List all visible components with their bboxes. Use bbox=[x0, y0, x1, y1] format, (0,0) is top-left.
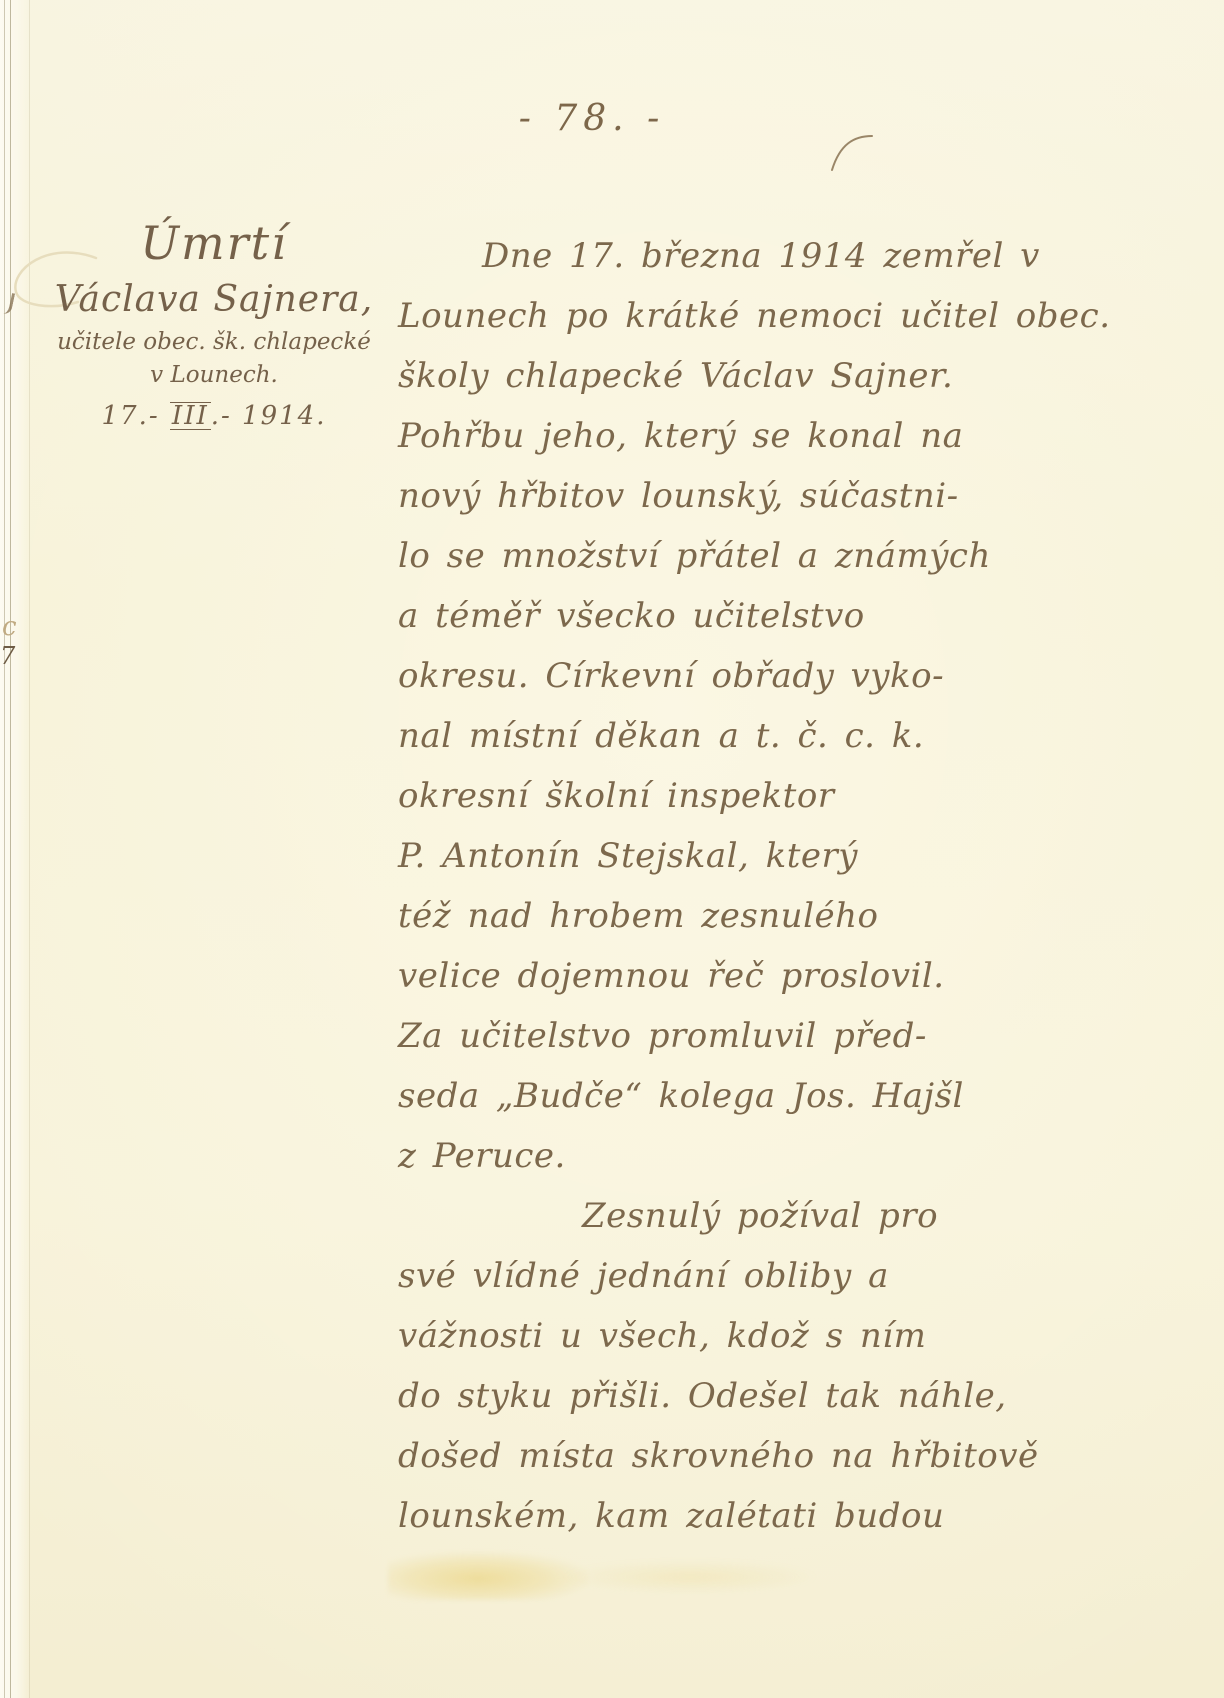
manuscript-line: vážnosti u všech, kdož s ním bbox=[398, 1306, 1114, 1366]
manuscript-line: Lounech po krátké nemoci učitel obec. bbox=[398, 286, 1114, 346]
manuscript-line: Dne 17. března 1914 zemřel v bbox=[398, 226, 1114, 286]
page-edge-line bbox=[4, 0, 5, 1698]
manuscript-line: školy chlapecké Václav Sajner. bbox=[398, 346, 1114, 406]
manuscript-line: seda „Budče“ kolega Jos. Hajšl bbox=[398, 1066, 1114, 1126]
stray-pen-stroke-mark bbox=[810, 126, 882, 182]
margin-mark-c: c bbox=[2, 612, 17, 642]
margin-note-name: Václava Sajnera, bbox=[34, 274, 394, 326]
manuscript-line: velice dojemnou řeč proslovil. bbox=[398, 946, 1114, 1006]
manuscript-paragraph: Zesnulý požíval prosvé vlídné jednání ob… bbox=[398, 1186, 1114, 1546]
manuscript-line: nový hřbitov lounský, súčastni- bbox=[398, 466, 1114, 526]
margin-note-title: Úmrtí bbox=[34, 212, 394, 274]
manuscript-line: nal místní děkan a t. č. c. k. bbox=[398, 706, 1114, 766]
manuscript-text: Dne 17. března 1914 zemřel vLounech po k… bbox=[398, 226, 1114, 1546]
manuscript-line: z Peruce. bbox=[398, 1126, 1114, 1186]
manuscript-line: lounském, kam zalétati budou bbox=[398, 1486, 1114, 1546]
page-number: - 78. - bbox=[452, 98, 732, 139]
manuscript-line: okresní školní inspektor bbox=[398, 766, 1114, 826]
manuscript-line: Zesnulý požíval pro bbox=[398, 1186, 1114, 1246]
manuscript-line: Pohřbu jeho, který se konal na bbox=[398, 406, 1114, 466]
manuscript-paragraph: Dne 17. března 1914 zemřel vLounech po k… bbox=[398, 226, 1114, 1186]
date-suffix: .- 1914. bbox=[211, 401, 327, 431]
manuscript-line: lo se množství přátel a známých bbox=[398, 526, 1114, 586]
date-prefix: 17.- bbox=[102, 401, 170, 431]
manuscript-line: a téměř všecko učitelstvo bbox=[398, 586, 1114, 646]
paper-stain bbox=[388, 1552, 588, 1600]
date-roman-numeral: III bbox=[170, 402, 211, 430]
margin-note: Úmrtí Václava Sajnera, učitele obec. šk.… bbox=[34, 212, 394, 436]
manuscript-line: své vlídné jednání obliby a bbox=[398, 1246, 1114, 1306]
manuscript-line: okresu. Církevní obřady vyko- bbox=[398, 646, 1114, 706]
margin-note-role: učitele obec. šk. chlapecké bbox=[34, 326, 394, 359]
manuscript-line: Za učitelstvo promluvil před- bbox=[398, 1006, 1114, 1066]
manuscript-line: došed místa skrovného na hřbitově bbox=[398, 1426, 1114, 1486]
manuscript-line: P. Antonín Stejskal, který bbox=[398, 826, 1114, 886]
manuscript-line: též nad hrobem zesnulého bbox=[398, 886, 1114, 946]
margin-note-place: v Lounech. bbox=[34, 359, 394, 392]
margin-mark-7: 7 bbox=[0, 642, 15, 670]
manuscript-line: do styku přišli. Odešel tak náhle, bbox=[398, 1366, 1114, 1426]
margin-note-date: 17.- III.- 1914. bbox=[34, 396, 394, 436]
manuscript-page: - 78. - c 7 Úmrtí Václava Sajnera, učite… bbox=[0, 0, 1224, 1698]
paper-stain-faint bbox=[560, 1560, 820, 1594]
